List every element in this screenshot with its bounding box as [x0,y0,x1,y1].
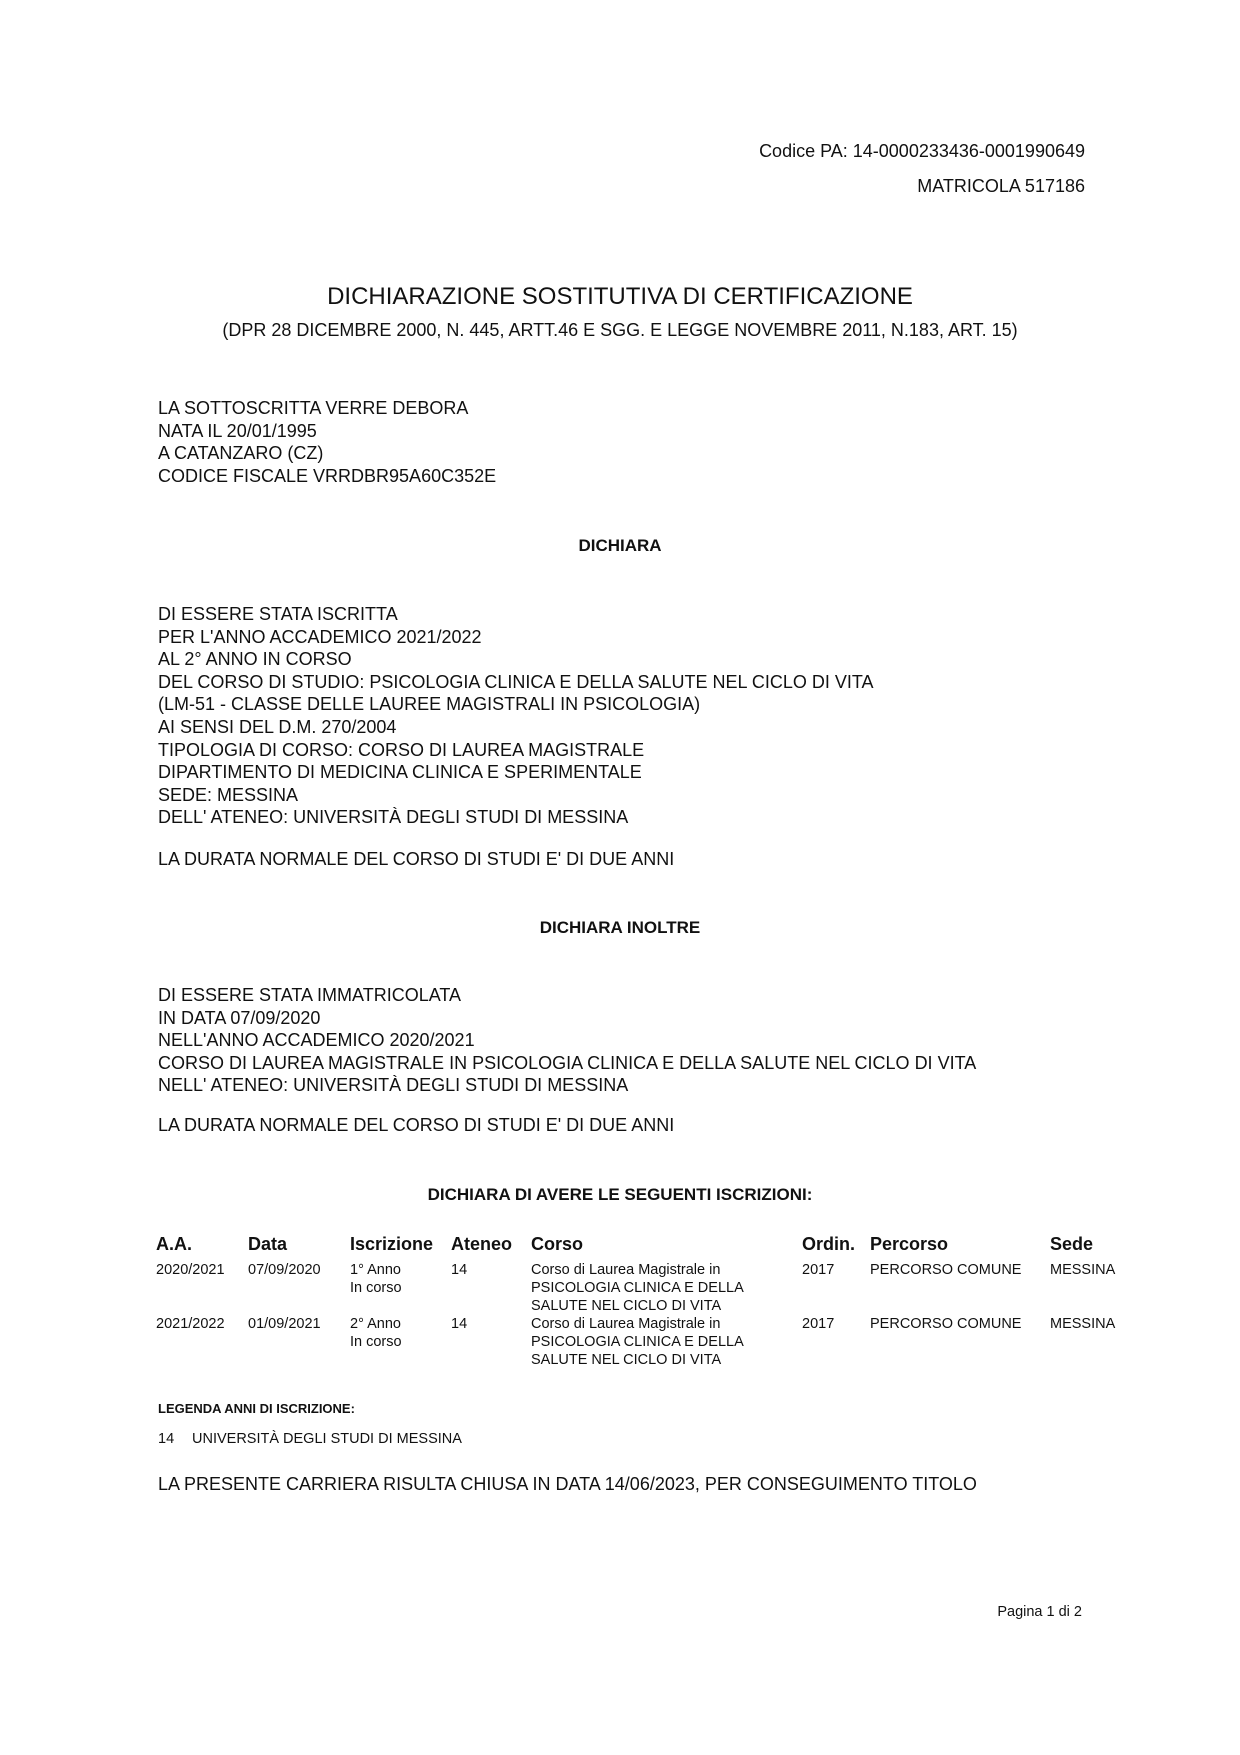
cell-ateneo: 14 [451,1315,531,1369]
closing-statement: LA PRESENTE CARRIERA RISULTA CHIUSA IN D… [158,1474,977,1495]
declarant-block: LA SOTTOSCRITTA VERRE DEBORA NATA IL 20/… [158,397,496,487]
column-header: Ateneo [451,1234,531,1261]
section-heading-iscrizioni: DICHIARA DI AVERE LE SEGUENTI ISCRIZIONI… [0,1185,1240,1205]
column-header: Corso [531,1234,802,1261]
cell-iscrizione: 2° Anno In corso [350,1315,451,1369]
page-number: Pagina 1 di 2 [997,1604,1082,1620]
cell-ateneo: 14 [451,1261,531,1315]
corso-line: Corso di Laurea Magistrale in [531,1315,796,1333]
matricola: MATRICOLA 517186 [917,176,1085,197]
section1-line: DEL CORSO DI STUDIO: PSICOLOGIA CLINICA … [158,671,874,694]
table-row: 2020/2021 07/09/2020 1° Anno In corso 14… [156,1261,1121,1315]
cell-aa: 2020/2021 [156,1261,248,1315]
section1-line: TIPOLOGIA DI CORSO: CORSO DI LAUREA MAGI… [158,739,874,762]
document-title: DICHIARAZIONE SOSTITUTIVA DI CERTIFICAZI… [0,283,1240,311]
cell-corso: Corso di Laurea Magistrale in PSICOLOGIA… [531,1315,802,1369]
section1-block: DI ESSERE STATA ISCRITTA PER L'ANNO ACCA… [158,603,874,829]
column-header: Ordin. [802,1234,870,1261]
section1-line: SEDE: MESSINA [158,784,874,807]
cell-sede: MESSINA [1050,1315,1121,1369]
document-subtitle: (DPR 28 DICEMBRE 2000, N. 445, ARTT.46 E… [0,320,1240,341]
section2-line: IN DATA 07/09/2020 [158,1007,976,1030]
section2-line: CORSO DI LAUREA MAGISTRALE IN PSICOLOGIA… [158,1052,976,1075]
table-row: 2021/2022 01/09/2021 2° Anno In corso 14… [156,1315,1121,1369]
section1-line: AL 2° ANNO IN CORSO [158,648,874,671]
section1-line: (LM-51 - CLASSE DELLE LAUREE MAGISTRALI … [158,693,874,716]
section2-line: NELL'ANNO ACCADEMICO 2020/2021 [158,1029,976,1052]
iscrizione-line: 2° Anno [350,1315,445,1333]
iscrizione-line: 1° Anno [350,1261,445,1279]
corso-line: PSICOLOGIA CLINICA E DELLA [531,1279,796,1297]
corso-line: SALUTE NEL CICLO DI VITA [531,1297,796,1315]
section2-line: DI ESSERE STATA IMMATRICOLATA [158,984,976,1007]
corso-line: SALUTE NEL CICLO DI VITA [531,1351,796,1369]
corso-line: PSICOLOGIA CLINICA E DELLA [531,1333,796,1351]
section1-line: PER L'ANNO ACCADEMICO 2021/2022 [158,626,874,649]
cell-corso: Corso di Laurea Magistrale in PSICOLOGIA… [531,1261,802,1315]
cell-percorso: PERCORSO COMUNE [870,1261,1050,1315]
cell-ordin: 2017 [802,1261,870,1315]
section2-block: DI ESSERE STATA IMMATRICOLATA IN DATA 07… [158,984,976,1097]
column-header: A.A. [156,1234,248,1261]
cell-sede: MESSINA [1050,1261,1121,1315]
section2-duration: LA DURATA NORMALE DEL CORSO DI STUDI E' … [158,1114,674,1137]
codice-pa: Codice PA: 14-0000233436-0001990649 [759,141,1085,162]
corso-line: Corso di Laurea Magistrale in [531,1261,796,1279]
cell-ordin: 2017 [802,1315,870,1369]
section-heading-dichiara-inoltre: DICHIARA INOLTRE [0,918,1240,938]
legend-item: 14UNIVERSITÀ DEGLI STUDI DI MESSINA [158,1431,462,1447]
cell-data: 07/09/2020 [248,1261,350,1315]
cell-percorso: PERCORSO COMUNE [870,1315,1050,1369]
declarant-line: CODICE FISCALE VRRDBR95A60C352E [158,465,496,488]
legend-title: LEGENDA ANNI DI ISCRIZIONE: [158,1401,355,1416]
section1-line: DI ESSERE STATA ISCRITTA [158,603,874,626]
iscrizione-line: In corso [350,1279,445,1297]
cell-data: 01/09/2021 [248,1315,350,1369]
iscrizioni-table: A.A. Data Iscrizione Ateneo Corso Ordin.… [156,1234,1121,1369]
section-heading-dichiara: DICHIARA [0,536,1240,556]
column-header: Iscrizione [350,1234,451,1261]
section1-line: DIPARTIMENTO DI MEDICINA CLINICA E SPERI… [158,761,874,784]
legend-label: UNIVERSITÀ DEGLI STUDI DI MESSINA [192,1431,462,1447]
declarant-line: LA SOTTOSCRITTA VERRE DEBORA [158,397,496,420]
iscrizione-line: In corso [350,1333,445,1351]
section1-line: AI SENSI DEL D.M. 270/2004 [158,716,874,739]
declarant-line: NATA IL 20/01/1995 [158,420,496,443]
section1-line: DELL' ATENEO: UNIVERSITÀ DEGLI STUDI DI … [158,806,874,829]
column-header: Percorso [870,1234,1050,1261]
table-header-row: A.A. Data Iscrizione Ateneo Corso Ordin.… [156,1234,1121,1261]
legend-code: 14 [158,1431,192,1447]
cell-aa: 2021/2022 [156,1315,248,1369]
section2-line: NELL' ATENEO: UNIVERSITÀ DEGLI STUDI DI … [158,1074,976,1097]
column-header: Sede [1050,1234,1121,1261]
column-header: Data [248,1234,350,1261]
declarant-line: A CATANZARO (CZ) [158,442,496,465]
cell-iscrizione: 1° Anno In corso [350,1261,451,1315]
section1-duration: LA DURATA NORMALE DEL CORSO DI STUDI E' … [158,848,674,871]
